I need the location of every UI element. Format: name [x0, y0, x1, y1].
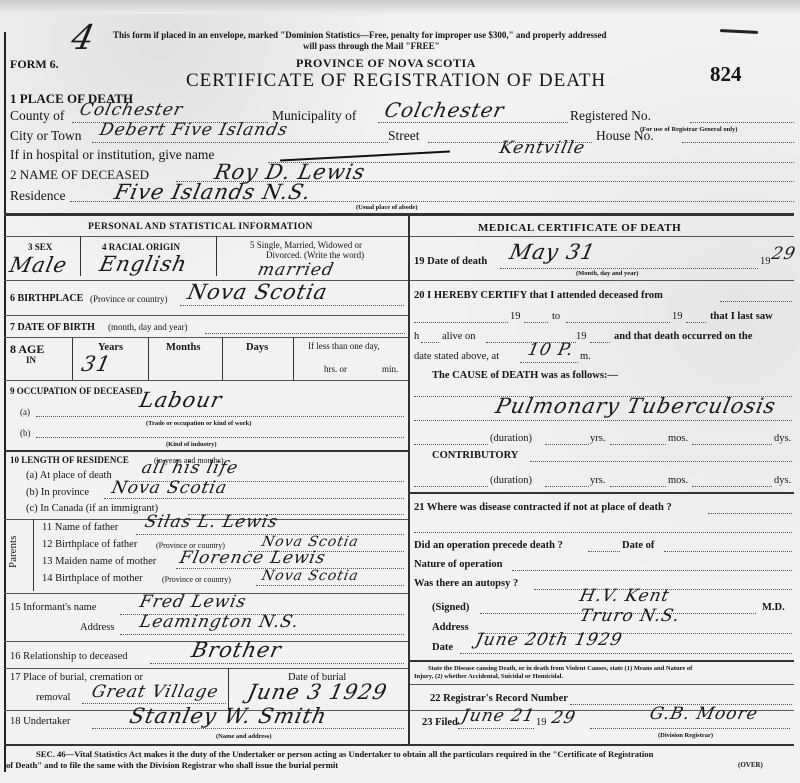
md-label: M.D. — [762, 602, 785, 613]
occupation-b-label: (b) — [20, 428, 31, 438]
residence-value: Five Islands N.S. — [112, 180, 313, 204]
residence-length-label: 10 LENGTH OF RESIDENCE — [10, 455, 129, 465]
operation-label: Did an operation precede death ? — [414, 540, 563, 551]
certify-alive-on: alive on — [442, 331, 476, 342]
undertaker-value: Stanley W. Smith — [127, 704, 329, 728]
informant-address-label: Address — [80, 622, 114, 633]
yrs-label-2: yrs. — [590, 475, 605, 486]
duration-label-2: (duration) — [490, 475, 532, 486]
mail-notice-line1: This form if placed in an envelope, mark… — [113, 30, 607, 40]
pen-mark — [720, 29, 758, 34]
burial-date-value: June 3 1929 — [245, 680, 389, 704]
death-year-value: 29 — [770, 244, 798, 264]
disease-note-line1: State the Disease causing Death, or in d… — [428, 665, 692, 672]
in-province-value: Nova Scotia — [110, 478, 229, 498]
certify-date-stated: date stated above, at — [414, 351, 499, 362]
time-suffix: m. — [580, 351, 591, 362]
date-of-death-label: 19 Date of death — [414, 256, 487, 267]
father-birthplace-label: 12 Birthplace of father — [42, 539, 137, 550]
division-registrar-note: (Division Registrar) — [658, 732, 713, 739]
medical-date-value: June 20th 1929 — [474, 630, 625, 650]
medical-date-label: Date — [432, 642, 453, 653]
autopsy-label: Was there an autopsy ? — [414, 578, 518, 589]
at-place-label: (a) At place of death — [26, 470, 112, 481]
sex-value: Male — [7, 253, 69, 277]
county-value: Colchester — [78, 100, 185, 120]
yrs-label-1: yrs. — [590, 433, 605, 444]
at-place-value: all his life — [140, 458, 240, 478]
relationship-value: Brother — [189, 638, 284, 662]
medical-address-label: Address — [432, 622, 469, 633]
filed-year-prefix: 19 — [536, 717, 547, 728]
mother-birthplace-label: 14 Birthplace of mother — [42, 573, 143, 584]
certify-h: h — [414, 331, 419, 342]
time-of-death-value: 10 P. — [526, 340, 576, 360]
undertaker-note: (Name and address) — [216, 733, 272, 740]
certify-death-occurred: and that death occurred on the — [614, 331, 752, 342]
house-no-label: House No. — [596, 128, 654, 144]
over-label: (OVER) — [738, 761, 763, 769]
racial-origin-label: 4 RACIAL ORIGIN — [102, 242, 180, 252]
record-number-label: 22 Registrar's Record Number — [430, 693, 568, 704]
hospital-value: Kentville — [498, 138, 587, 158]
certify-to: to — [552, 311, 560, 322]
marital-value: married — [256, 260, 336, 280]
certify-19-a: 19 — [510, 311, 521, 322]
division-registrar-signature: G.B. Moore — [648, 704, 760, 724]
residence-label: Residence — [10, 188, 65, 204]
signed-value: H.V. Kent — [578, 586, 672, 606]
nature-of-operation-label: Nature of operation — [414, 559, 502, 570]
contracted-label: 21 Where was disease contracted if not a… — [414, 502, 672, 513]
birthplace-label: 6 BIRTHPLACE — [10, 293, 83, 304]
cause-of-death-value: Pulmonary Tuberculosis — [493, 394, 778, 418]
relationship-label: 16 Relationship to deceased — [10, 651, 128, 662]
frame-border — [4, 32, 6, 772]
dob-label: 7 DATE OF BIRTH — [10, 322, 95, 333]
informant-value: Fred Lewis — [138, 592, 249, 612]
mother-maiden-label: 13 Maiden name of mother — [42, 556, 156, 567]
mail-notice-line2: will pass through the Mail "FREE" — [303, 41, 440, 51]
date-of-death-note: (Month, day and year) — [576, 270, 638, 277]
city-value: Debert Five Islands — [98, 120, 290, 140]
residence-note: (Usual place of abode) — [356, 204, 418, 211]
duration-label-1: (duration) — [490, 433, 532, 444]
parents-label: Parents — [7, 536, 19, 568]
months-label: Months — [166, 342, 200, 353]
personal-section-title: PERSONAL AND STATISTICAL INFORMATION — [88, 222, 313, 232]
contributory-label: CONTRIBUTORY — [432, 450, 518, 461]
filed-label: 23 Filed — [422, 717, 458, 728]
municipality-value: Colchester — [382, 98, 506, 122]
medical-section-title: MEDICAL CERTIFICATE OF DEATH — [478, 222, 681, 234]
hrs-label: hrs. or — [324, 364, 347, 374]
province-title: PROVINCE OF NOVA SCOTIA — [296, 56, 476, 71]
removal-label: removal — [36, 692, 70, 703]
date-of-death-value: May 31 — [507, 240, 597, 264]
mother-birthplace-note: (Province or country) — [162, 575, 231, 584]
informant-address-value: Leamington N.S. — [138, 612, 301, 632]
sex-label: 3 SEX — [28, 242, 52, 252]
registered-no-note: (For use of Registrar General only) — [640, 126, 737, 133]
street-label: Street — [388, 128, 420, 144]
days-label: Days — [246, 342, 268, 353]
birthplace-value: Nova Scotia — [185, 280, 330, 304]
footer-line2: of Death" and to file the same with the … — [6, 760, 338, 770]
occupation-a-note: (Trade or occupation or kind of work) — [146, 420, 251, 427]
certify-line-1: 20 I HEREBY CERTIFY that I attended dece… — [414, 290, 663, 301]
burial-place-value: Great Village — [90, 682, 221, 702]
form-number: FORM 6. — [10, 57, 59, 72]
filed-year-value: 29 — [550, 708, 578, 728]
certificate-number: 824 — [710, 62, 742, 87]
filed-date-value: June 21 — [460, 706, 537, 726]
mother-birthplace-value: Nova Scotia — [260, 568, 360, 584]
marital-label-2: Divorced. (Write the word) — [266, 250, 364, 260]
disease-note-line2: Injury, (2) whether Accidental, Suicidal… — [414, 673, 563, 680]
age-in-label: IN — [26, 355, 36, 365]
dys-label-1: dys. — [774, 433, 791, 444]
marital-label: 5 Single, Married, Widowed or — [250, 240, 362, 250]
mos-label-2: mos. — [668, 475, 688, 486]
city-label: City or Town — [10, 128, 82, 144]
occupation-a-label: (a) — [20, 407, 30, 417]
father-name-label: 11 Name of father — [42, 522, 118, 533]
registered-no-label: Registered No. — [570, 108, 651, 124]
signed-label: (Signed) — [432, 602, 469, 613]
mos-label-1: mos. — [668, 433, 688, 444]
birthplace-note: (Province or country) — [90, 294, 167, 304]
less-than-day-label: If less than one day, — [308, 341, 380, 351]
occupation-b-note: (Kind of industry) — [166, 441, 217, 448]
in-province-label: (b) In province — [26, 487, 89, 498]
undertaker-label: 18 Undertaker — [10, 716, 70, 727]
age-years-value: 31 — [79, 352, 113, 376]
scan-edge — [0, 0, 800, 14]
certify-last-saw: that I last saw — [710, 311, 773, 322]
death-year-prefix: 19 — [760, 256, 771, 267]
medical-address-value: Truro N.S. — [578, 606, 682, 626]
father-name-value: Silas L. Lewis — [143, 512, 280, 532]
occupation-value: Labour — [137, 388, 224, 412]
occupation-label: 9 OCCUPATION OF DECEASED — [10, 386, 143, 396]
mother-maiden-value: Florence Lewis — [178, 548, 328, 568]
hospital-label: If in hospital or institution, give name — [10, 147, 214, 163]
dob-note: (month, day and year) — [108, 322, 187, 332]
county-label: County of — [10, 108, 64, 124]
certificate-title: CERTIFICATE OF REGISTRATION OF DEATH — [186, 70, 606, 92]
margin-mark: 4 — [68, 18, 99, 58]
in-canada-label: (c) In Canada (if an immigrant) — [26, 503, 158, 514]
racial-origin-value: English — [97, 252, 189, 276]
min-label: min. — [382, 364, 398, 374]
certify-19-b: 19 — [672, 311, 683, 322]
certify-19-c: 19 — [576, 331, 587, 342]
dys-label-2: dys. — [774, 475, 791, 486]
death-certificate: 4 This form if placed in an envelope, ma… — [0, 0, 800, 783]
footer-line1: SEC. 46—Vital Statistics Act makes it th… — [36, 749, 653, 759]
cause-heading: The CAUSE of DEATH was as follows:— — [432, 370, 618, 381]
informant-label: 15 Informant's name — [10, 602, 96, 613]
operation-date-label: Date of — [622, 540, 654, 551]
